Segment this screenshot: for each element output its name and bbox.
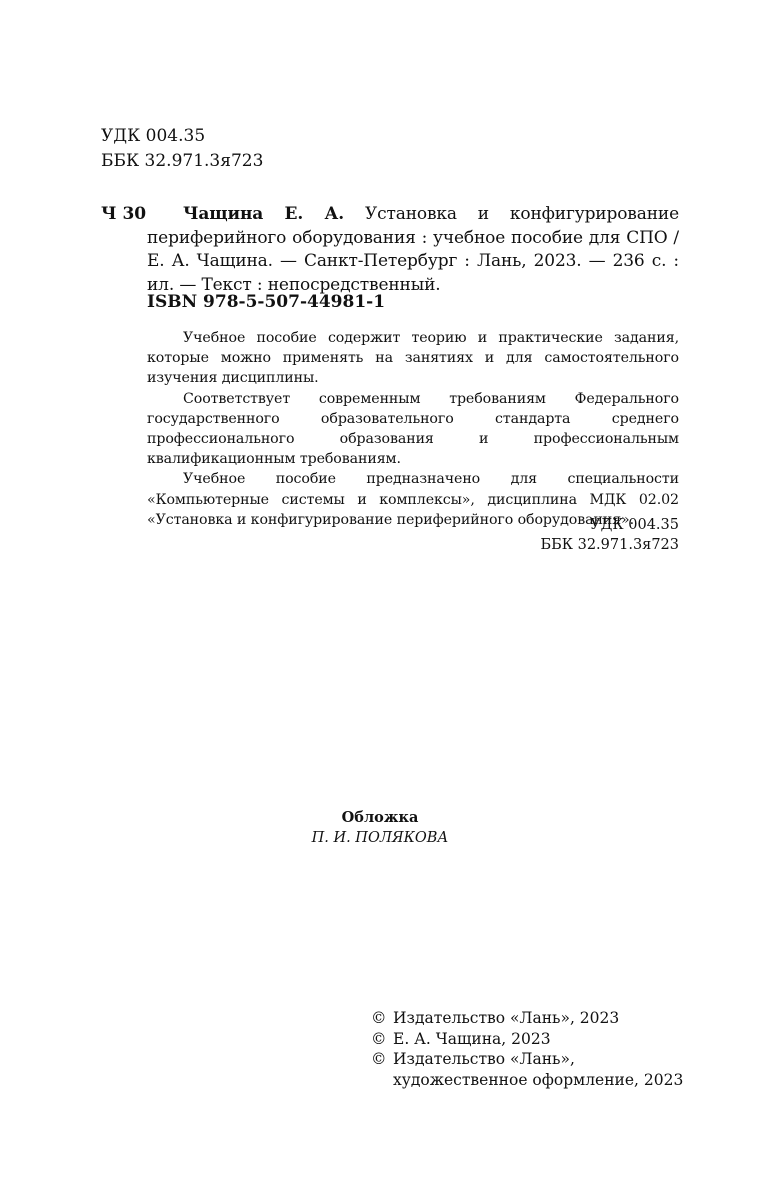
cover-artist: П. И. ПОЛЯКОВА bbox=[101, 828, 679, 848]
author-name: Чащина Е. А. bbox=[183, 204, 344, 224]
copyright-continuation: художественное оформление, 2023 bbox=[371, 1070, 691, 1091]
bibliographic-entry: Ч 30 Чащина Е. А. Установка и конфигурир… bbox=[101, 203, 679, 297]
classification-codes-top: УДК 004.35 ББК 32.971.3я723 bbox=[101, 124, 679, 174]
annotation-paragraph: Соответствует современным требованиям Фе… bbox=[147, 389, 679, 470]
copyright-text: Издательство «Лань», 2023 bbox=[393, 1008, 619, 1029]
copyright-icon: © bbox=[371, 1049, 393, 1070]
cover-label: Обложка bbox=[101, 808, 679, 828]
bbk-code: ББК 32.971.3я723 bbox=[101, 149, 679, 174]
copyright-line: © Издательство «Лань», 2023 bbox=[371, 1008, 691, 1029]
udk-code: УДК 004.35 bbox=[101, 515, 679, 535]
annotation-paragraph: Учебное пособие содержит теорию и практи… bbox=[147, 328, 679, 389]
isbn: ISBN 978-5-507-44981-1 bbox=[147, 290, 679, 314]
copyright-line: © Е. А. Чащина, 2023 bbox=[371, 1029, 691, 1050]
bibliographic-description: Чащина Е. А. Установка и конфигурировани… bbox=[147, 203, 679, 297]
copyright-icon: © bbox=[371, 1029, 393, 1050]
copyright-text: Издательство «Лань», bbox=[393, 1049, 575, 1070]
bbk-code: ББК 32.971.3я723 bbox=[101, 535, 679, 555]
copyright-line: © Издательство «Лань», bbox=[371, 1049, 691, 1070]
udk-code: УДК 004.35 bbox=[101, 124, 679, 149]
author-mark: Ч 30 bbox=[101, 203, 146, 227]
imprint-page: УДК 004.35 ББК 32.971.3я723 Ч 30 Чащина … bbox=[101, 0, 679, 1182]
annotation: Учебное пособие содержит теорию и практи… bbox=[147, 328, 679, 530]
classification-codes-bottom: УДК 004.35 ББК 32.971.3я723 bbox=[101, 515, 679, 555]
copyright-notices: © Издательство «Лань», 2023 © Е. А. Чащи… bbox=[371, 1008, 691, 1090]
cover-credit: Обложка П. И. ПОЛЯКОВА bbox=[101, 808, 679, 848]
copyright-icon: © bbox=[371, 1008, 393, 1029]
copyright-text: Е. А. Чащина, 2023 bbox=[393, 1029, 551, 1050]
